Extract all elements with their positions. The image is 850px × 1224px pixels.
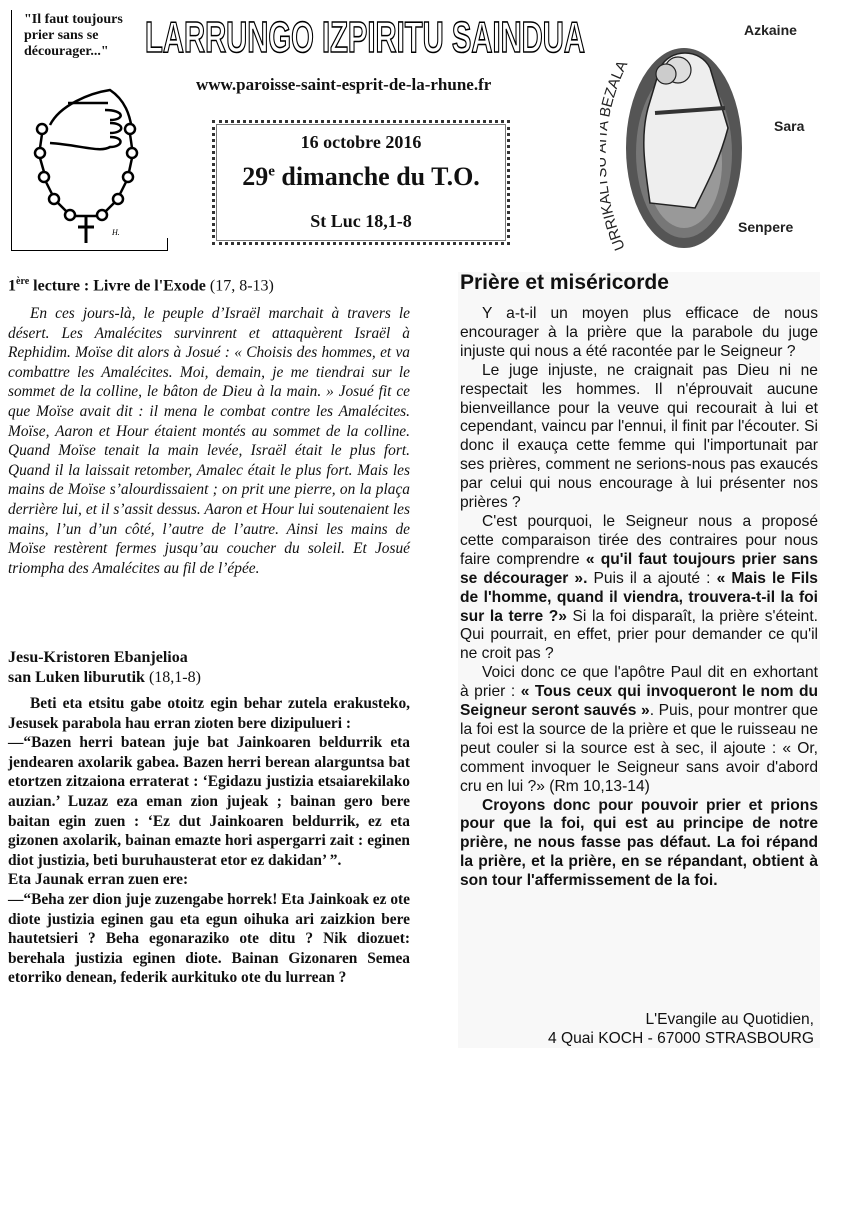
meditation-paragraph: C'est pourquoi, le Seigneur nous a propo… bbox=[460, 513, 818, 664]
svg-text:LARRUNGO IZPIRITU SAINDUA: LARRUNGO IZPIRITU SAINDUA bbox=[145, 13, 585, 60]
parish-sara: Sara bbox=[774, 118, 804, 134]
meditation-paragraph: Croyons donc pour pouvoir prier et prion… bbox=[460, 797, 818, 892]
gospel-paragraph: —“Bazen herri batean juje bat Jainkoaren… bbox=[8, 733, 410, 870]
meditation-source: L'Evangile au Quotidien, 4 Quai KOCH - 6… bbox=[460, 1010, 814, 1048]
first-reading-heading: 1ère lecture : Livre de l'Exode (17, 8-1… bbox=[8, 276, 410, 295]
motto-quote: "Il faut toujours prier sans se décourag… bbox=[24, 12, 134, 60]
meditation-paragraph: Le juge injuste, ne craignait pas Dieu n… bbox=[460, 362, 818, 513]
bulletin-date: 16 octobre 2016 bbox=[212, 132, 510, 153]
gospel-paragraph: Eta Jaunak erran zuen ere: bbox=[8, 870, 410, 890]
first-reading-text: En ces jours-là, le peuple d’Israël marc… bbox=[8, 304, 410, 578]
parish-azkaine: Azkaine bbox=[744, 22, 797, 38]
liturgical-sunday: 29e dimanche du T.O. bbox=[212, 162, 510, 192]
gospel-reference: St Luc 18,1-8 bbox=[212, 211, 510, 232]
rosary-hand-icon: H. bbox=[30, 85, 142, 245]
gospel-text: Beti eta etsitu gabe otoitz egin behar z… bbox=[8, 694, 410, 988]
gospel-heading: Jesu-Kristoren Ebanjelioa san Luken libu… bbox=[8, 648, 410, 688]
gospel-paragraph: —“Beha zer dion juje zuzengabe horrek! E… bbox=[8, 890, 410, 988]
parish-website: www.paroisse-saint-esprit-de-la-rhune.fr bbox=[196, 75, 546, 95]
meditation-title: Prière et miséricorde bbox=[460, 271, 669, 295]
newsletter-title: LARRUNGO IZPIRITU SAINDUA bbox=[142, 12, 588, 60]
svg-text:H.: H. bbox=[111, 228, 120, 237]
parish-senpere: Senpere bbox=[738, 219, 793, 235]
meditation-body: Y a-t-il un moyen plus efficace de nous … bbox=[460, 305, 818, 891]
jubilee-of-mercy-logo-icon: URRIKALTSU AITA BEZALA bbox=[600, 8, 760, 258]
meditation-paragraph: Y a-t-il un moyen plus efficace de nous … bbox=[460, 305, 818, 362]
gospel-paragraph: Beti eta etsitu gabe otoitz egin behar z… bbox=[8, 694, 410, 733]
meditation-paragraph: Voici donc ce que l'apôtre Paul dit en e… bbox=[460, 664, 818, 796]
